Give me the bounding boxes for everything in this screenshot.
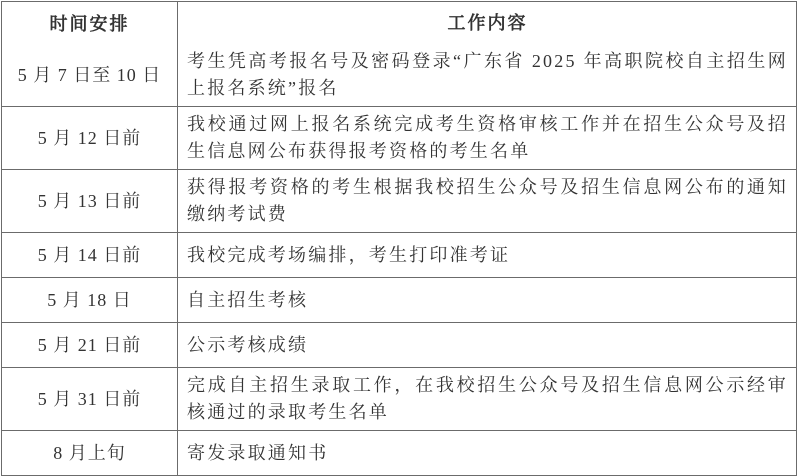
content-cell: 完成自主招生录取工作，在我校招生公众号及招生信息网公示经审核通过的录取考生名单 — [178, 368, 796, 430]
content-cell: 我校完成考场编排，考生打印准考证 — [178, 233, 796, 277]
header-content-column: 工作内容 — [178, 2, 796, 44]
schedule-table: 时间安排 工作内容 5 月 7 日至 10 日 考生凭高考报名号及密码登录“广东… — [1, 1, 797, 464]
content-cell: 公示考核成绩 — [178, 323, 796, 367]
table-header-row: 时间安排 工作内容 — [2, 2, 796, 44]
table-row: 5 月 12 日前 我校通过网上报名系统完成考生资格审核工作并在招生公众号及招生… — [2, 106, 796, 169]
time-cell: 5 月 13 日前 — [2, 170, 178, 232]
content-cell: 考生凭高考报名号及密码登录“广东省 2025 年高职院校自主招生网上报名系统”报… — [178, 44, 796, 106]
table-row: 5 月 21 日前 公示考核成绩 — [2, 322, 796, 367]
content-cell: 自主招生考核 — [178, 278, 796, 322]
time-cell: 8 月上旬 — [2, 431, 178, 464]
header-time-column: 时间安排 — [2, 2, 178, 44]
time-cell: 5 月 18 日 — [2, 278, 178, 322]
time-cell: 5 月 31 日前 — [2, 368, 178, 430]
table-row: 5 月 31 日前 完成自主招生录取工作，在我校招生公众号及招生信息网公示经审核… — [2, 367, 796, 430]
table-row: 5 月 7 日至 10 日 考生凭高考报名号及密码登录“广东省 2025 年高职… — [2, 44, 796, 106]
table-row: 5 月 13 日前 获得报考资格的考生根据我校招生公众号及招生信息网公布的通知缴… — [2, 169, 796, 232]
content-cell: 我校通过网上报名系统完成考生资格审核工作并在招生公众号及招生信息网公布获得报考资… — [178, 107, 796, 169]
table-row: 8 月上旬 寄发录取通知书 — [2, 430, 796, 464]
table-body: 5 月 7 日至 10 日 考生凭高考报名号及密码登录“广东省 2025 年高职… — [2, 44, 796, 464]
table-row: 5 月 14 日前 我校完成考场编排，考生打印准考证 — [2, 232, 796, 277]
time-cell: 5 月 12 日前 — [2, 107, 178, 169]
time-cell: 5 月 7 日至 10 日 — [2, 44, 178, 106]
table-row: 5 月 18 日 自主招生考核 — [2, 277, 796, 322]
content-cell: 寄发录取通知书 — [178, 431, 796, 464]
time-cell: 5 月 14 日前 — [2, 233, 178, 277]
content-cell: 获得报考资格的考生根据我校招生公众号及招生信息网公布的通知缴纳考试费 — [178, 170, 796, 232]
time-cell: 5 月 21 日前 — [2, 323, 178, 367]
